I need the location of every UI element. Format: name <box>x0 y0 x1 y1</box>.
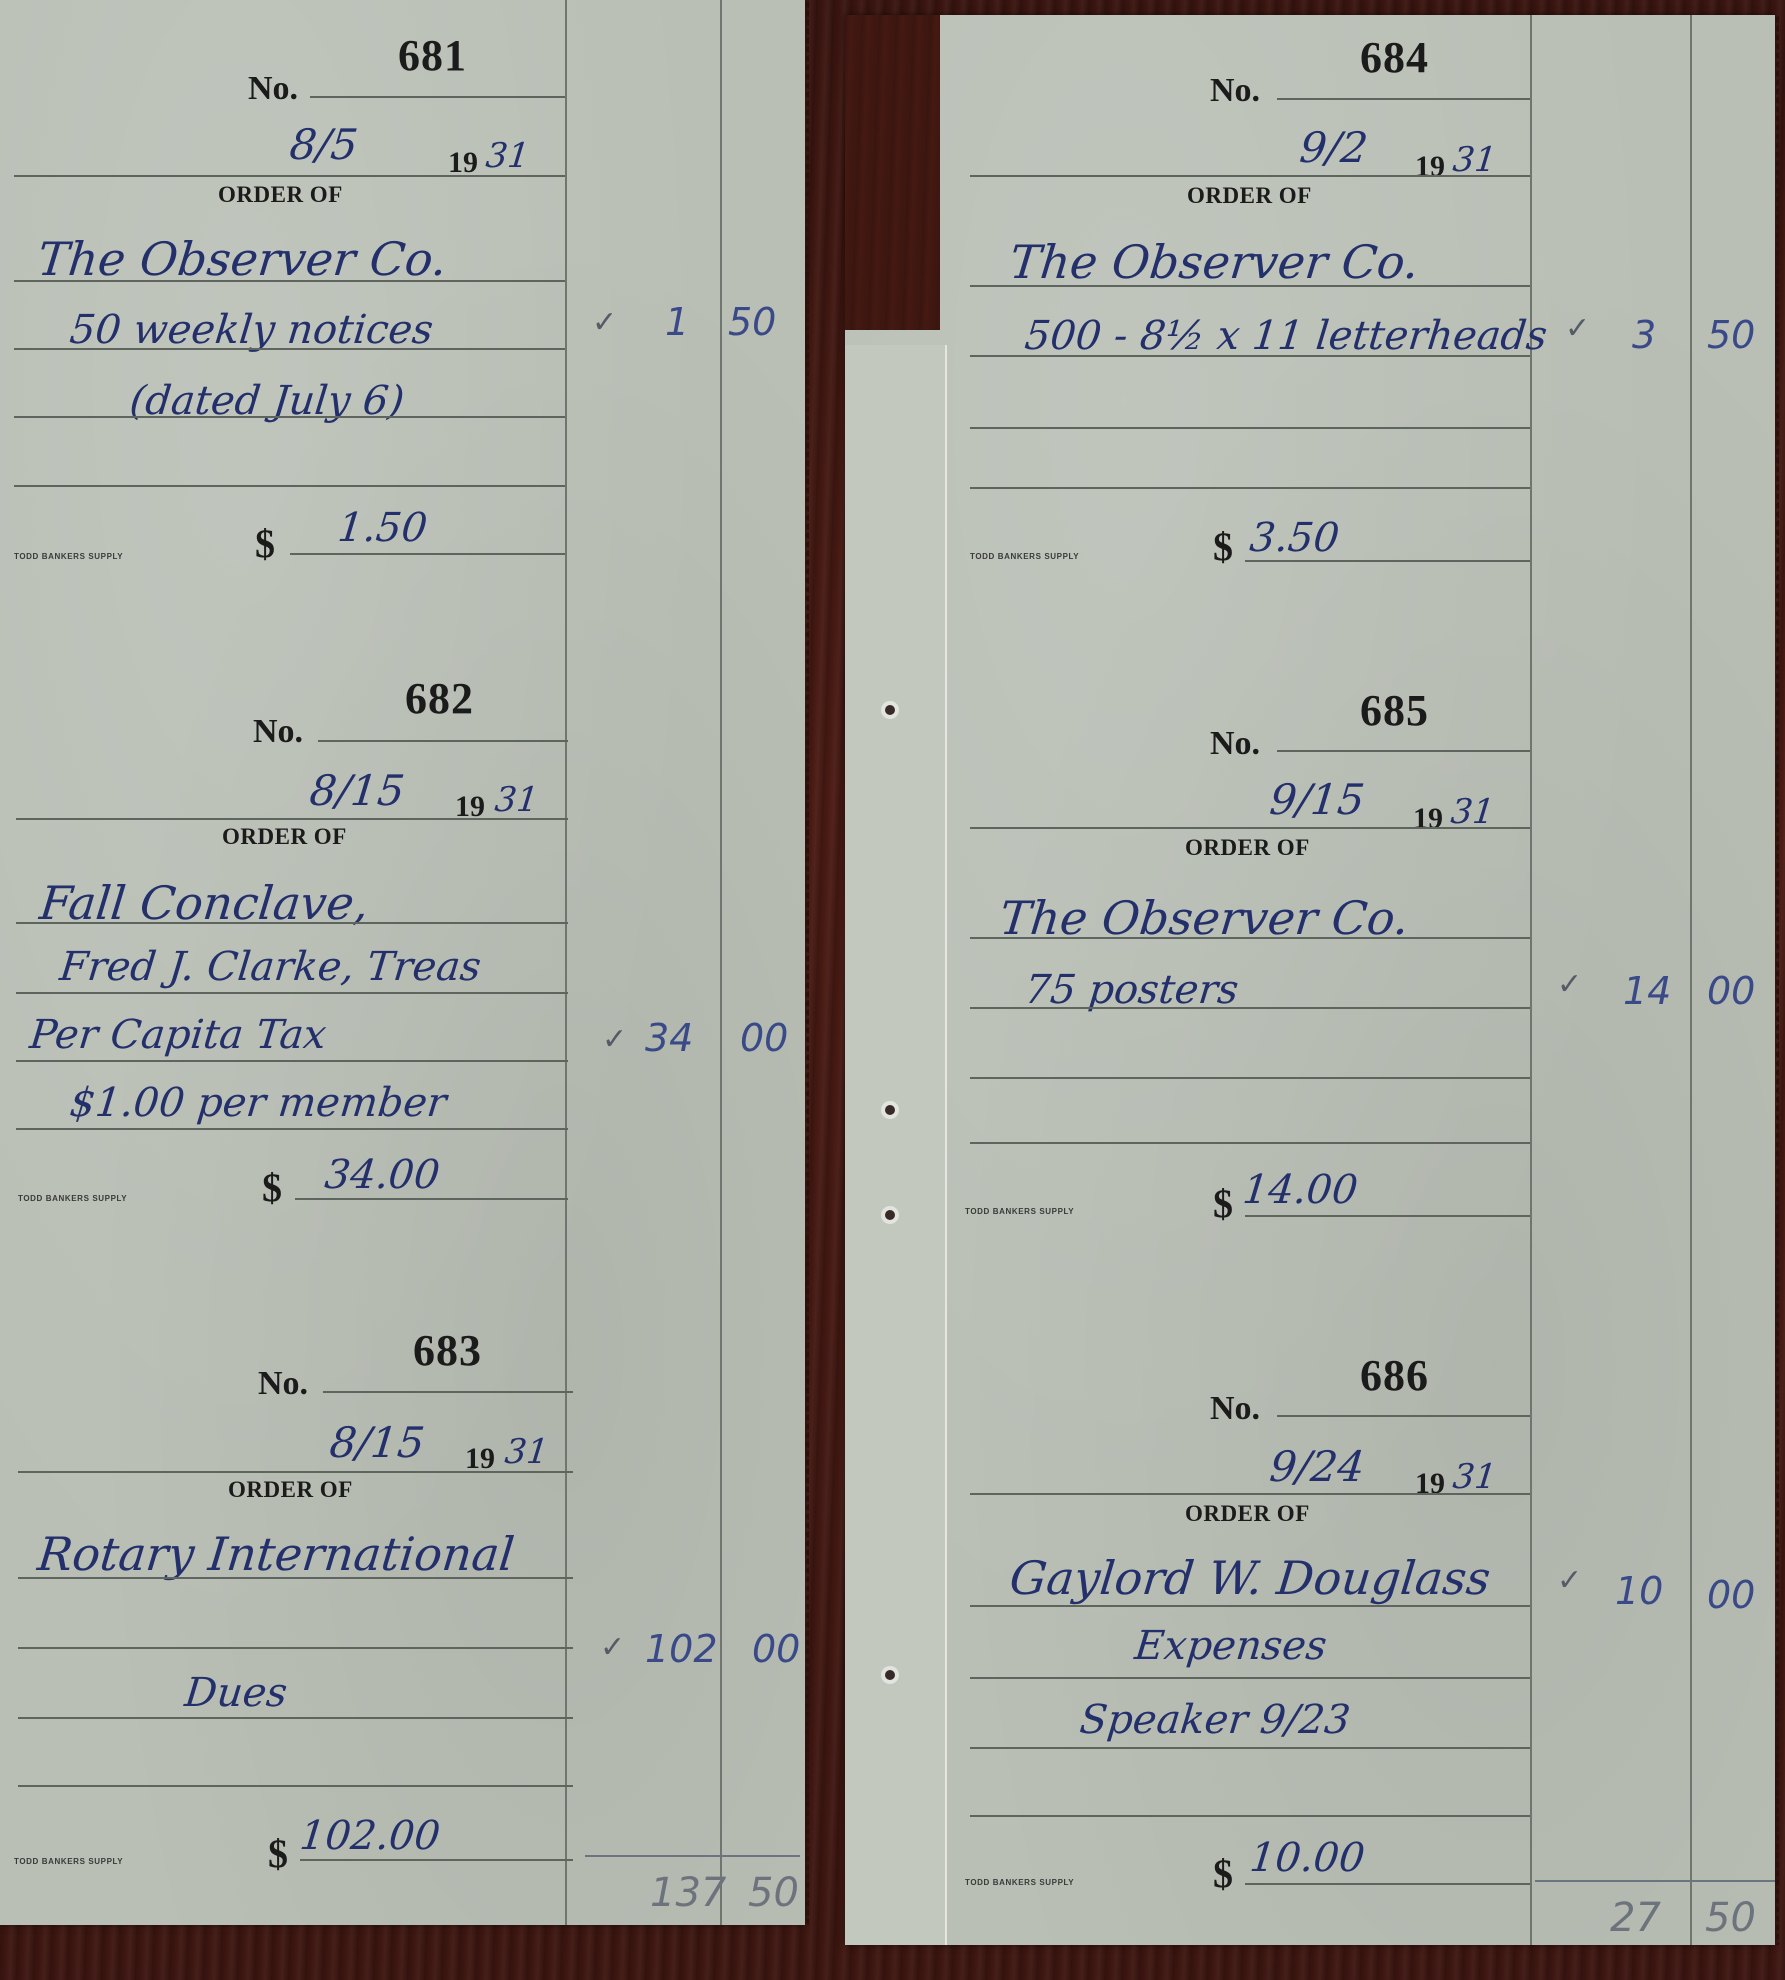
payee: The Observer Co. <box>35 232 449 286</box>
amount-line <box>295 1198 568 1200</box>
running-total-dollars: 27 <box>1610 1895 1661 1941</box>
memo-line-1: Fred J. Clarke, Treas <box>58 944 484 990</box>
stub-entry: 681 No. 8/5 19 31 ORDER OF The Observer … <box>0 0 805 640</box>
dollar-sign: $ <box>1213 523 1233 570</box>
number-label: No. <box>248 70 298 108</box>
stub-entry: 684 No. 9/2 19 31 ORDER OF The Observer … <box>845 15 1775 655</box>
printer-imprint: TODD BANKERS SUPPLY <box>970 552 1079 561</box>
memo-line-1: Expenses <box>1133 1623 1329 1669</box>
check-date: 9/24 <box>1267 1442 1366 1491</box>
running-total-cents: 50 <box>748 1870 799 1916</box>
memo-line-1: 50 weekly notices <box>68 307 436 353</box>
memo-line <box>970 1815 1530 1817</box>
column-dollars: 10 <box>1615 1569 1663 1613</box>
year-prefix: 19 <box>1415 150 1445 184</box>
memo-line <box>970 1007 1530 1009</box>
memo-line-1: 500 - 8½ x 11 letterheads <box>1023 313 1550 359</box>
memo-line <box>970 1077 1530 1079</box>
column-dollars: 14 <box>1623 969 1671 1013</box>
memo-line <box>970 427 1530 429</box>
memo-line <box>970 1605 1530 1607</box>
memo-line <box>14 416 565 418</box>
amount-line <box>1245 560 1530 562</box>
order-of-label: ORDER OF <box>222 824 347 850</box>
dollar-sign: $ <box>1213 1180 1233 1227</box>
number-line <box>310 96 565 98</box>
stub-entry: 683 No. 8/15 19 31 ORDER OF Rotary Inter… <box>0 1285 805 1925</box>
memo-line <box>16 922 568 924</box>
check-stub-left: 681 No. 8/5 19 31 ORDER OF The Observer … <box>0 0 805 1925</box>
memo-line <box>970 1677 1530 1679</box>
number-label: No. <box>1210 1390 1260 1428</box>
column-cents: 00 <box>752 1627 800 1671</box>
memo-line-3: $1.00 per member <box>68 1080 449 1126</box>
number-label: No. <box>1210 725 1260 763</box>
memo-line <box>14 280 565 282</box>
column-cents: 00 <box>740 1016 788 1060</box>
check-date: 9/15 <box>1267 775 1366 824</box>
memo-line-2: Speaker 9/23 <box>1078 1697 1353 1743</box>
check-date: 8/15 <box>327 1418 426 1467</box>
check-amount: 14.00 <box>1241 1167 1360 1213</box>
column-cents: 50 <box>1707 313 1755 357</box>
number-label: No. <box>1210 72 1260 110</box>
order-of-label: ORDER OF <box>218 182 343 208</box>
check-number: 681 <box>398 30 467 81</box>
check-stub-right: 684 No. 9/2 19 31 ORDER OF The Observer … <box>845 15 1775 1945</box>
date-line <box>16 818 568 820</box>
amount-line <box>300 1859 573 1861</box>
dollar-sign: $ <box>255 520 275 567</box>
year-suffix: 31 <box>1449 792 1496 832</box>
check-amount: 1.50 <box>336 505 430 551</box>
order-of-label: ORDER OF <box>1185 1501 1310 1527</box>
check-amount: 10.00 <box>1248 1835 1367 1881</box>
year-suffix: 31 <box>1451 140 1498 180</box>
payee: The Observer Co. <box>1007 235 1421 289</box>
printer-imprint: TODD BANKERS SUPPLY <box>965 1878 1074 1887</box>
printer-imprint: TODD BANKERS SUPPLY <box>14 552 123 561</box>
number-label: No. <box>258 1365 308 1403</box>
dollar-sign: $ <box>1213 1850 1233 1897</box>
memo-line-2: Per Capita Tax <box>28 1012 329 1058</box>
printer-imprint: TODD BANKERS SUPPLY <box>965 1207 1074 1216</box>
dollar-sign: $ <box>268 1830 288 1877</box>
check-number: 686 <box>1360 1350 1429 1401</box>
checkmark-icon: ✓ <box>1557 1563 1582 1598</box>
memo-line <box>14 485 565 487</box>
date-line <box>14 175 565 177</box>
stub-entry: 686 No. 9/24 19 31 ORDER OF Gaylord W. D… <box>845 1305 1775 1945</box>
year-suffix: 31 <box>493 780 540 820</box>
amount-line <box>1245 1215 1530 1217</box>
column-dollars: 1 <box>665 300 689 344</box>
memo-line <box>970 1142 1530 1144</box>
checkmark-icon: ✓ <box>1557 967 1582 1002</box>
check-amount: 34.00 <box>323 1152 442 1198</box>
amount-line <box>290 553 565 555</box>
memo-line <box>18 1717 573 1719</box>
torn-corner <box>845 15 940 330</box>
checkmark-icon: ✓ <box>1565 311 1590 346</box>
year-suffix: 31 <box>484 136 531 176</box>
check-number: 684 <box>1360 32 1429 83</box>
printer-imprint: TODD BANKERS SUPPLY <box>18 1194 127 1203</box>
memo-line <box>16 1060 568 1062</box>
column-dollars: 34 <box>645 1016 693 1060</box>
number-line <box>323 1391 573 1393</box>
column-dollars: 102 <box>645 1627 718 1671</box>
number-line <box>1277 98 1530 100</box>
year-suffix: 31 <box>503 1432 550 1472</box>
memo-line <box>16 992 568 994</box>
order-of-label: ORDER OF <box>228 1477 353 1503</box>
stub-entry: 682 No. 8/15 19 31 ORDER OF Fall Conclav… <box>0 640 805 1285</box>
memo-line <box>18 1785 573 1787</box>
checkmark-icon: ✓ <box>592 305 617 340</box>
order-of-label: ORDER OF <box>1187 183 1312 209</box>
number-line <box>318 740 568 742</box>
running-total-dollars: 137 <box>650 1870 726 1916</box>
amount-line <box>1245 1883 1530 1885</box>
year-suffix: 31 <box>1451 1457 1498 1497</box>
column-cents: 00 <box>1707 969 1755 1013</box>
memo-line <box>970 1747 1530 1749</box>
number-label: No. <box>253 713 303 751</box>
stub-entry: 685 No. 9/15 19 31 ORDER OF The Observer… <box>845 655 1775 1305</box>
year-prefix: 19 <box>1413 802 1443 836</box>
check-date: 8/5 <box>287 120 360 169</box>
payee: Rotary International <box>35 1527 517 1581</box>
check-date: 8/15 <box>307 766 406 815</box>
number-line <box>1277 1415 1530 1417</box>
total-rule <box>1535 1880 1775 1882</box>
running-total-cents: 50 <box>1705 1895 1756 1941</box>
order-of-label: ORDER OF <box>1185 835 1310 861</box>
memo-line <box>970 355 1530 357</box>
column-dollars: 3 <box>1632 313 1656 357</box>
total-rule <box>585 1855 800 1857</box>
date-line <box>18 1471 573 1473</box>
printer-imprint: TODD BANKERS SUPPLY <box>14 1857 123 1866</box>
column-cents: 00 <box>1707 1573 1755 1617</box>
memo-line <box>970 487 1530 489</box>
check-number: 685 <box>1360 685 1429 736</box>
dollar-sign: $ <box>262 1164 282 1211</box>
year-prefix: 19 <box>1415 1467 1445 1501</box>
check-number: 682 <box>405 673 474 724</box>
checkmark-icon: ✓ <box>602 1022 627 1057</box>
date-line <box>970 175 1530 177</box>
number-line <box>1277 750 1530 752</box>
checkmark-icon: ✓ <box>600 1630 625 1665</box>
date-line <box>970 1493 1530 1495</box>
check-amount: 3.50 <box>1248 515 1342 561</box>
memo-line <box>970 285 1530 287</box>
payee: Gaylord W. Douglass <box>1007 1551 1493 1605</box>
check-number: 683 <box>413 1325 482 1376</box>
column-cents: 50 <box>728 300 776 344</box>
memo-line <box>18 1647 573 1649</box>
memo-line <box>970 937 1530 939</box>
memo-line <box>18 1577 573 1579</box>
check-amount: 102.00 <box>298 1813 443 1859</box>
date-line <box>970 827 1530 829</box>
memo-line <box>16 1128 568 1130</box>
check-date: 9/2 <box>1297 123 1370 172</box>
memo-line-1: Dues <box>183 1670 290 1716</box>
memo-line <box>14 348 565 350</box>
